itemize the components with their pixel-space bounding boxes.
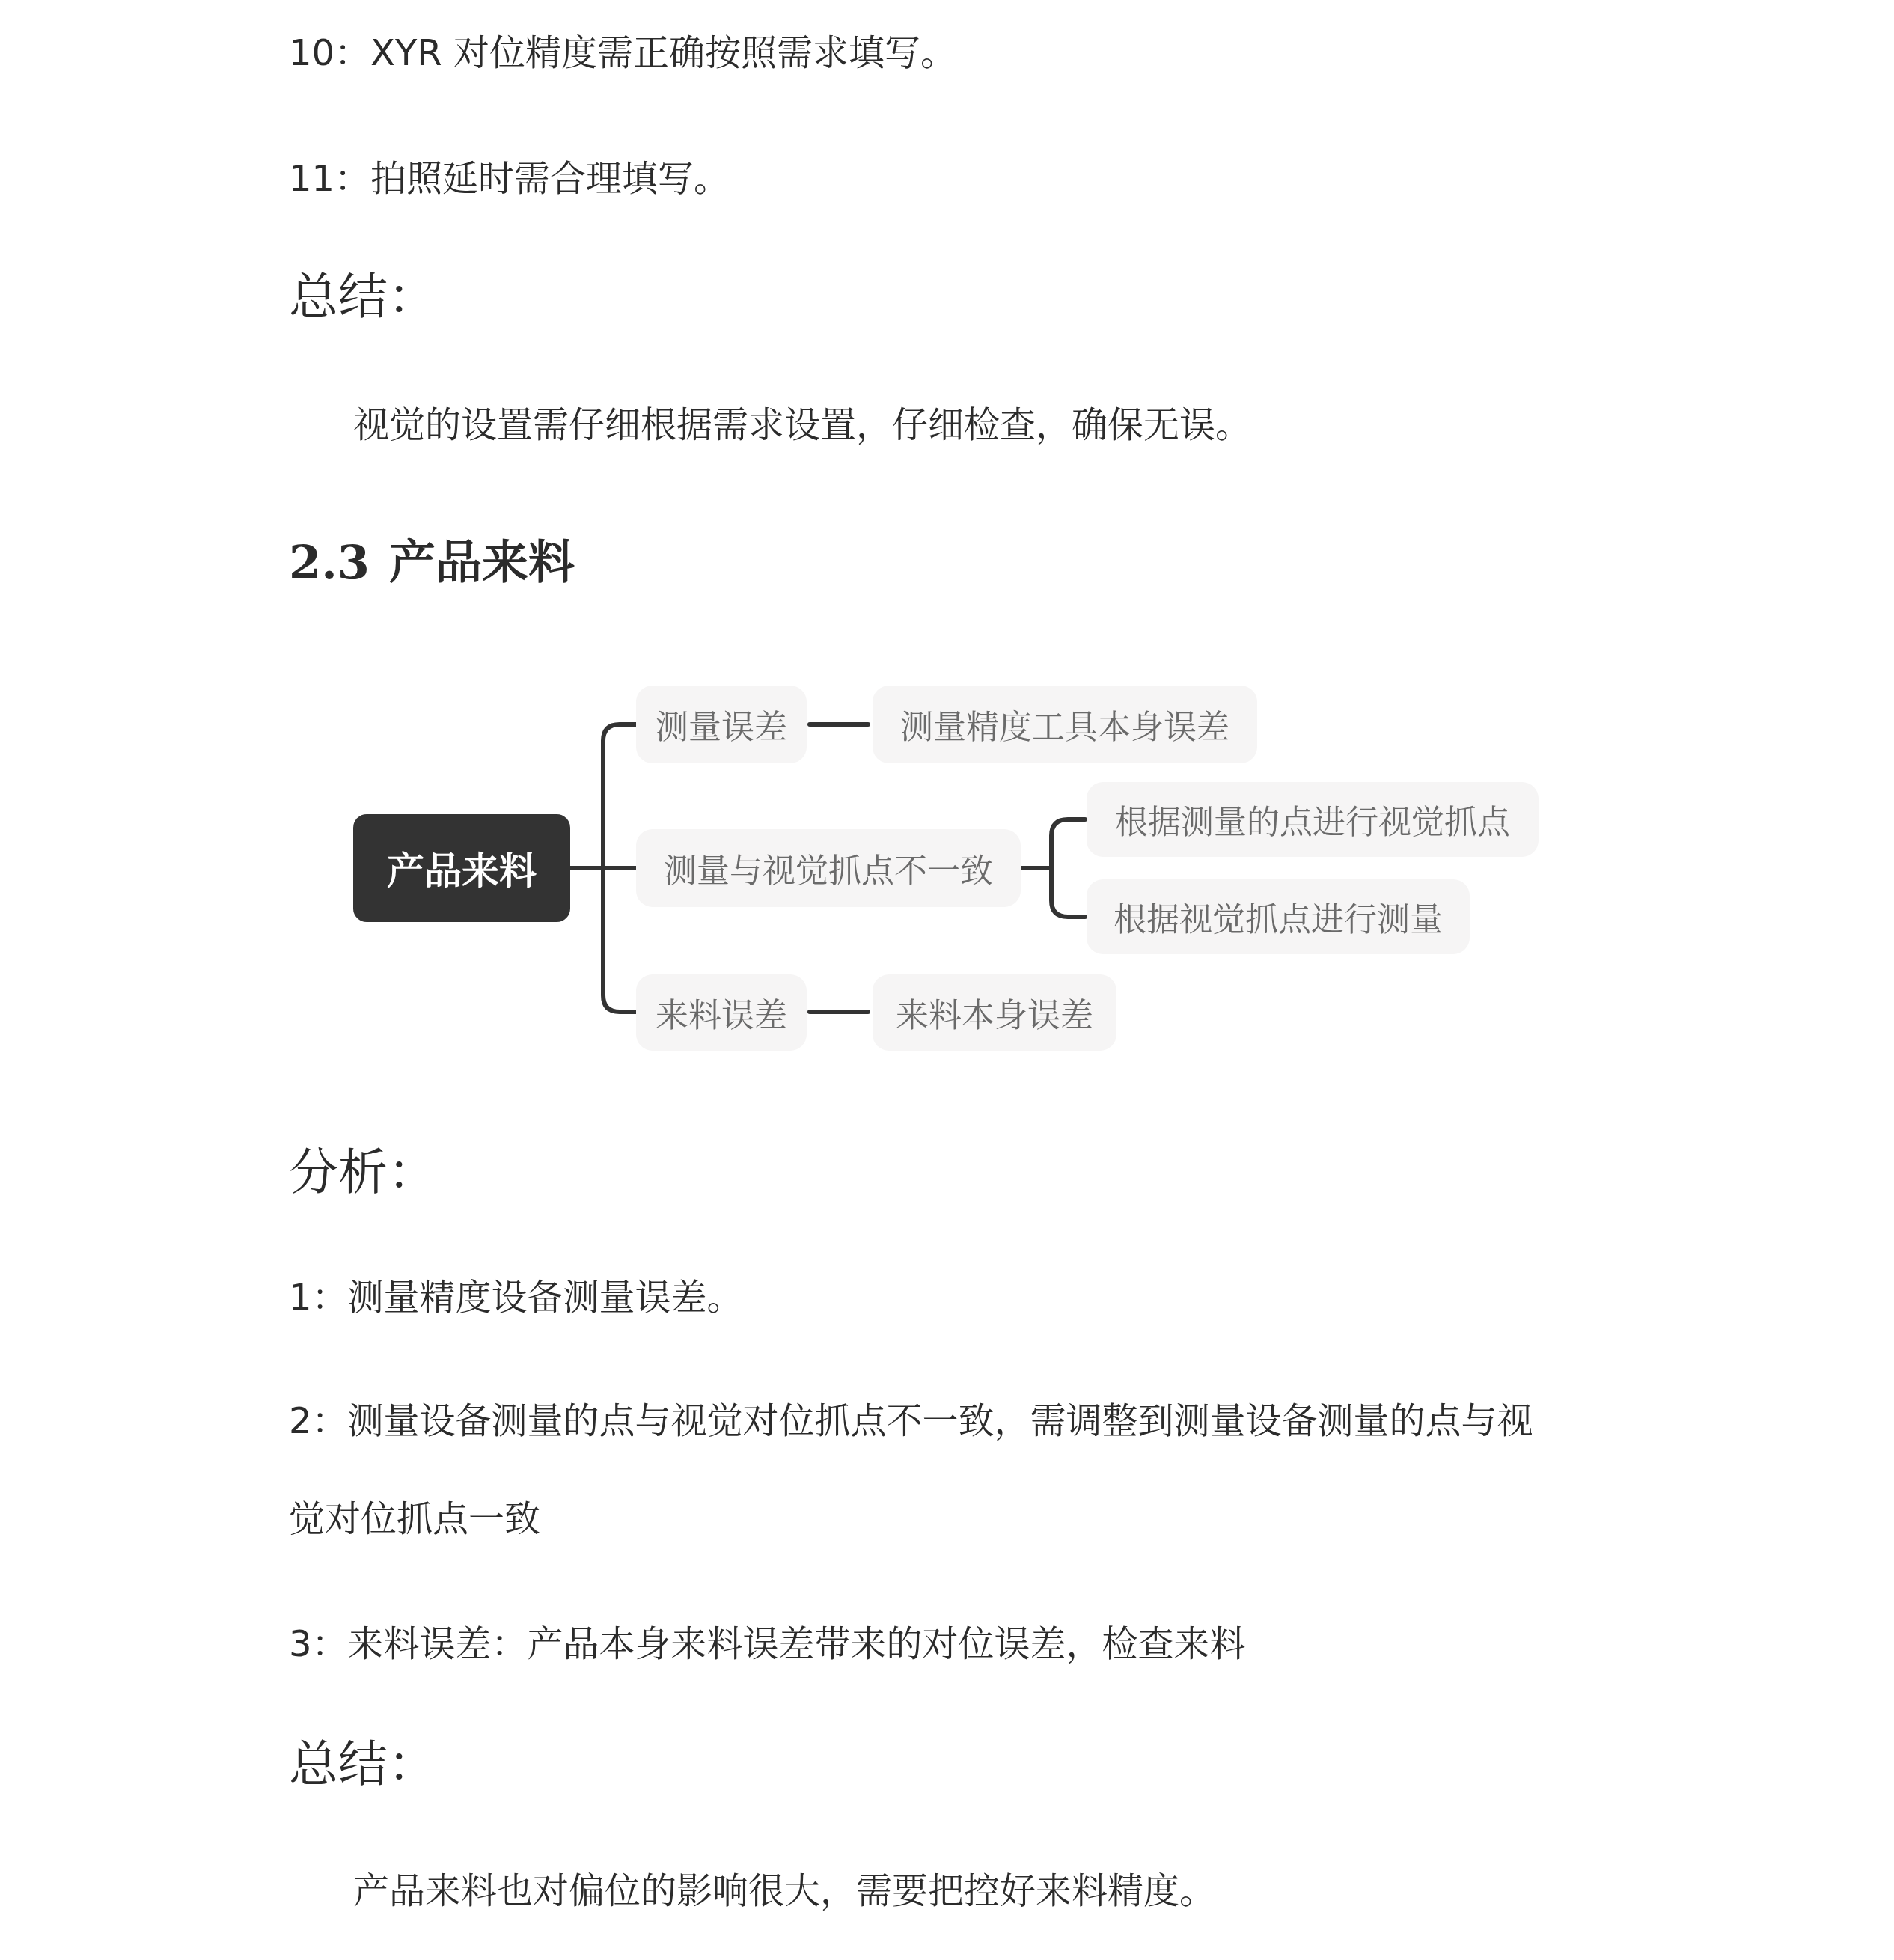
list-number: 1： bbox=[289, 1277, 348, 1319]
section-title: 产品来料 bbox=[389, 535, 575, 590]
list-text: 来料误差：产品本身来料误差带来的对位误差，检查来料 bbox=[348, 1623, 1246, 1665]
summary-heading-2: 总结： bbox=[289, 1735, 437, 1795]
analysis-item-2-continuation: 觉对位抓点一致 bbox=[289, 1497, 540, 1542]
summary-paragraph: 视觉的设置需仔细根据需求设置，仔细检查，确保无误。 bbox=[353, 403, 1251, 448]
list-number: 11： bbox=[289, 158, 370, 200]
mindmap-leaf-tool-error[interactable]: 测量精度工具本身误差 bbox=[873, 686, 1257, 763]
summary-heading: 总结： bbox=[289, 267, 437, 327]
list-item-11: 11：拍照延时需合理填写。 bbox=[289, 156, 730, 201]
mindmap-branch-measurement-error[interactable]: 测量误差 bbox=[636, 686, 807, 763]
mindmap-leaf-material-self-error[interactable]: 来料本身误差 bbox=[873, 974, 1116, 1051]
list-number: 2： bbox=[289, 1400, 348, 1442]
list-text: 测量精度设备测量误差。 bbox=[348, 1277, 743, 1319]
mindmap-branch-material-error[interactable]: 来料误差 bbox=[636, 974, 807, 1051]
list-text: 测量设备测量的点与视觉对位抓点不一致，需调整到测量设备测量的点与视 bbox=[348, 1400, 1533, 1442]
summary-paragraph-2: 产品来料也对偏位的影响很大，需要把控好来料精度。 bbox=[353, 1869, 1215, 1914]
mindmap-root-node[interactable]: 产品来料 bbox=[353, 814, 570, 922]
analysis-item-2: 2：测量设备测量的点与视觉对位抓点不一致，需调整到测量设备测量的点与视 bbox=[289, 1399, 1533, 1444]
list-number: 3： bbox=[289, 1623, 348, 1665]
section-heading: 2.3产品来料 bbox=[289, 533, 575, 593]
analysis-heading: 分析： bbox=[289, 1143, 437, 1203]
analysis-item-1: 1：测量精度设备测量误差。 bbox=[289, 1275, 743, 1320]
list-item-10: 10：XYR 对位精度需正确按照需求填写。 bbox=[289, 31, 956, 76]
section-number: 2.3 bbox=[289, 535, 370, 590]
list-number: 10： bbox=[289, 32, 370, 74]
analysis-item-3: 3：来料误差：产品本身来料误差带来的对位误差，检查来料 bbox=[289, 1622, 1246, 1667]
list-text: XYR 对位精度需正确按照需求填写。 bbox=[370, 32, 956, 74]
mindmap-leaf-vision-by-measure[interactable]: 根据测量的点进行视觉抓点 bbox=[1087, 782, 1539, 857]
list-text: 拍照延时需合理填写。 bbox=[370, 158, 730, 200]
mindmap-leaf-measure-by-vision[interactable]: 根据视觉抓点进行测量 bbox=[1087, 879, 1470, 954]
mindmap-branch-point-mismatch[interactable]: 测量与视觉抓点不一致 bbox=[636, 829, 1021, 907]
